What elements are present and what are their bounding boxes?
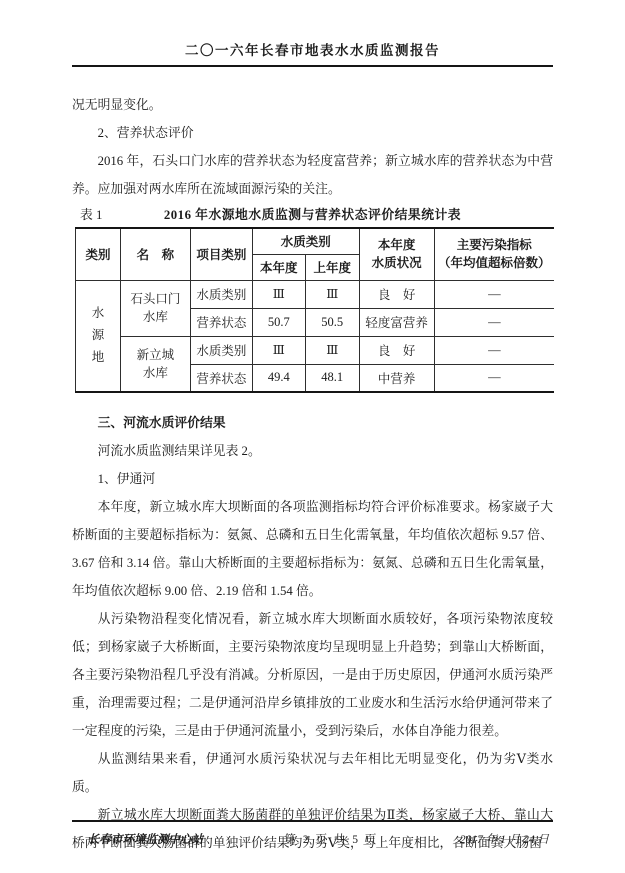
page-footer: 长春市环境监测中心站 第 2 页 共 5 页 2017 年 1 月 24 日 — [76, 831, 549, 847]
cell-this-year: 50.7 — [252, 308, 305, 336]
cell-this-year: 49.4 — [252, 364, 305, 392]
cell-pollutants: — — [434, 336, 554, 364]
cell-reservoir-shitoukoumen: 石头口门 水库 — [120, 280, 190, 336]
cell-status: 轻度富营养 — [359, 308, 434, 336]
footer-page-number: 第 2 页 共 5 页 — [285, 831, 379, 847]
table-row: 新立城 水库 水质类别 Ⅲ Ⅲ 良 好 — — [76, 336, 555, 364]
cell-reservoir-xinlicheng: 新立城 水库 — [120, 336, 190, 392]
cell-this-year: Ⅲ — [252, 336, 305, 364]
cell-pollutants: — — [434, 308, 554, 336]
cell-item: 营养状态 — [190, 364, 252, 392]
cell-last-year: Ⅲ — [305, 280, 359, 308]
heading-river-results: 三、河流水质评价结果 — [72, 409, 553, 437]
table1-title: 2016 年水源地水质监测与营养状态评价结果统计表 — [72, 206, 553, 224]
cell-last-year: 50.5 — [305, 308, 359, 336]
header-cell-status: 本年度 水质状况 — [359, 228, 434, 280]
cell-item: 水质类别 — [190, 336, 252, 364]
cell-last-year: Ⅲ — [305, 336, 359, 364]
paragraph-yitong-4: 新立城水库大坝断面粪大肠菌群的单独评价结果为Ⅱ类，杨家崴子大桥、靠山大桥两个断面… — [72, 801, 553, 857]
page-header: 二〇一六年长春市地表水水质监测报告 — [72, 0, 553, 67]
paragraph-yitong-3: 从监测结果来看，伊通河水质污染状况与去年相比无明显变化，仍为劣Ⅴ类水质。 — [72, 745, 553, 801]
cell-item: 水质类别 — [190, 280, 252, 308]
header-cell-category: 类别 — [76, 228, 121, 280]
footer-rule — [72, 820, 553, 822]
header-cell-this-year: 本年度 — [252, 254, 305, 280]
header-cell-item-type: 项目类别 — [190, 228, 252, 280]
table1: 类别 名 称 项目类别 水质类别 本年度 水质状况 主要污染指标 （年均值超标倍… — [75, 227, 554, 393]
cell-pollutants: — — [434, 280, 554, 308]
header-cell-name: 名 称 — [120, 228, 190, 280]
table1-label: 表 1 — [80, 206, 102, 224]
document-page: 二〇一六年长春市地表水水质监测报告 况无明显变化。 2、营养状态评价 2016 … — [0, 0, 625, 873]
header-cell-last-year: 上年度 — [305, 254, 359, 280]
cell-status: 良 好 — [359, 336, 434, 364]
cell-status: 中营养 — [359, 364, 434, 392]
cell-item: 营养状态 — [190, 308, 252, 336]
report-title: 二〇一六年长春市地表水水质监测报告 — [185, 40, 440, 65]
header-cell-water-class: 水质类别 — [252, 228, 359, 254]
paragraph-river-intro: 河流水质监测结果详见表 2。 — [72, 437, 553, 465]
cell-pollutants: — — [434, 364, 554, 392]
heading-nutrition-status: 2、营养状态评价 — [72, 119, 553, 147]
table-row: 水 源 地 石头口门 水库 水质类别 Ⅲ Ⅲ 良 好 — — [76, 280, 555, 308]
cell-status: 良 好 — [359, 280, 434, 308]
table1-caption: 表 1 2016 年水源地水质监测与营养状态评价结果统计表 — [72, 206, 553, 224]
paragraph-yitong-2: 从污染物沿程变化情况看，新立城水库大坝断面水质较好，各项污染物浓度较低；到杨家崴… — [72, 605, 553, 745]
paragraph-continuation: 况无明显变化。 — [72, 91, 553, 119]
cell-last-year: 48.1 — [305, 364, 359, 392]
heading-yitong-river: 1、伊通河 — [72, 465, 553, 493]
paragraph-nutrition: 2016 年，石头口门水库的营养状态为轻度富营养；新立城水库的营养状态为中营养。… — [72, 147, 553, 203]
paragraph-yitong-1: 本年度，新立城水库大坝断面的各项监测指标均符合评价标准要求。杨家崴子大桥断面的主… — [72, 493, 553, 605]
page-body: 况无明显变化。 2、营养状态评价 2016 年，石头口门水库的营养状态为轻度富营… — [72, 67, 553, 857]
header-cell-pollutants: 主要污染指标 （年均值超标倍数） — [434, 228, 554, 280]
footer-date: 2017 年 1 月 24 日 — [460, 831, 549, 847]
cell-this-year: Ⅲ — [252, 280, 305, 308]
footer-organization: 长春市环境监测中心站 — [76, 831, 203, 847]
cell-category-water-source: 水 源 地 — [76, 280, 121, 392]
